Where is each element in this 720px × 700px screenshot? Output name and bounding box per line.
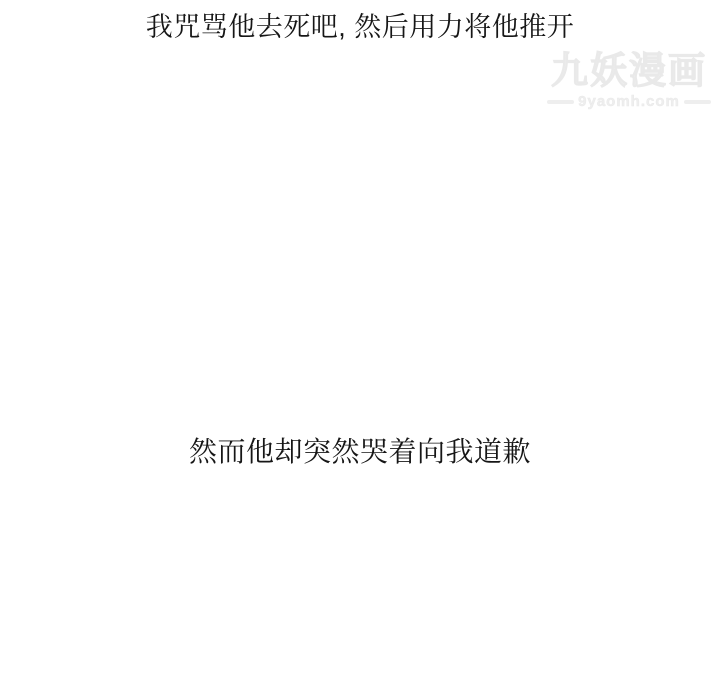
site-watermark: 九妖漫画 9yaomh.com [540, 52, 718, 110]
comic-page: { "colors": { "background": "#ffffff", "… [0, 0, 720, 700]
caption-middle: 然而他却突然哭着向我道歉 [0, 436, 720, 468]
watermark-domain: 9yaomh.com [578, 93, 680, 110]
watermark-domain-row: 9yaomh.com [540, 93, 718, 110]
watermark-left-line [547, 100, 574, 104]
watermark-right-line [684, 100, 711, 104]
caption-top: 我咒骂他去死吧, 然后用力将他推开 [0, 12, 720, 43]
watermark-logo-text: 九妖漫画 [540, 52, 718, 89]
